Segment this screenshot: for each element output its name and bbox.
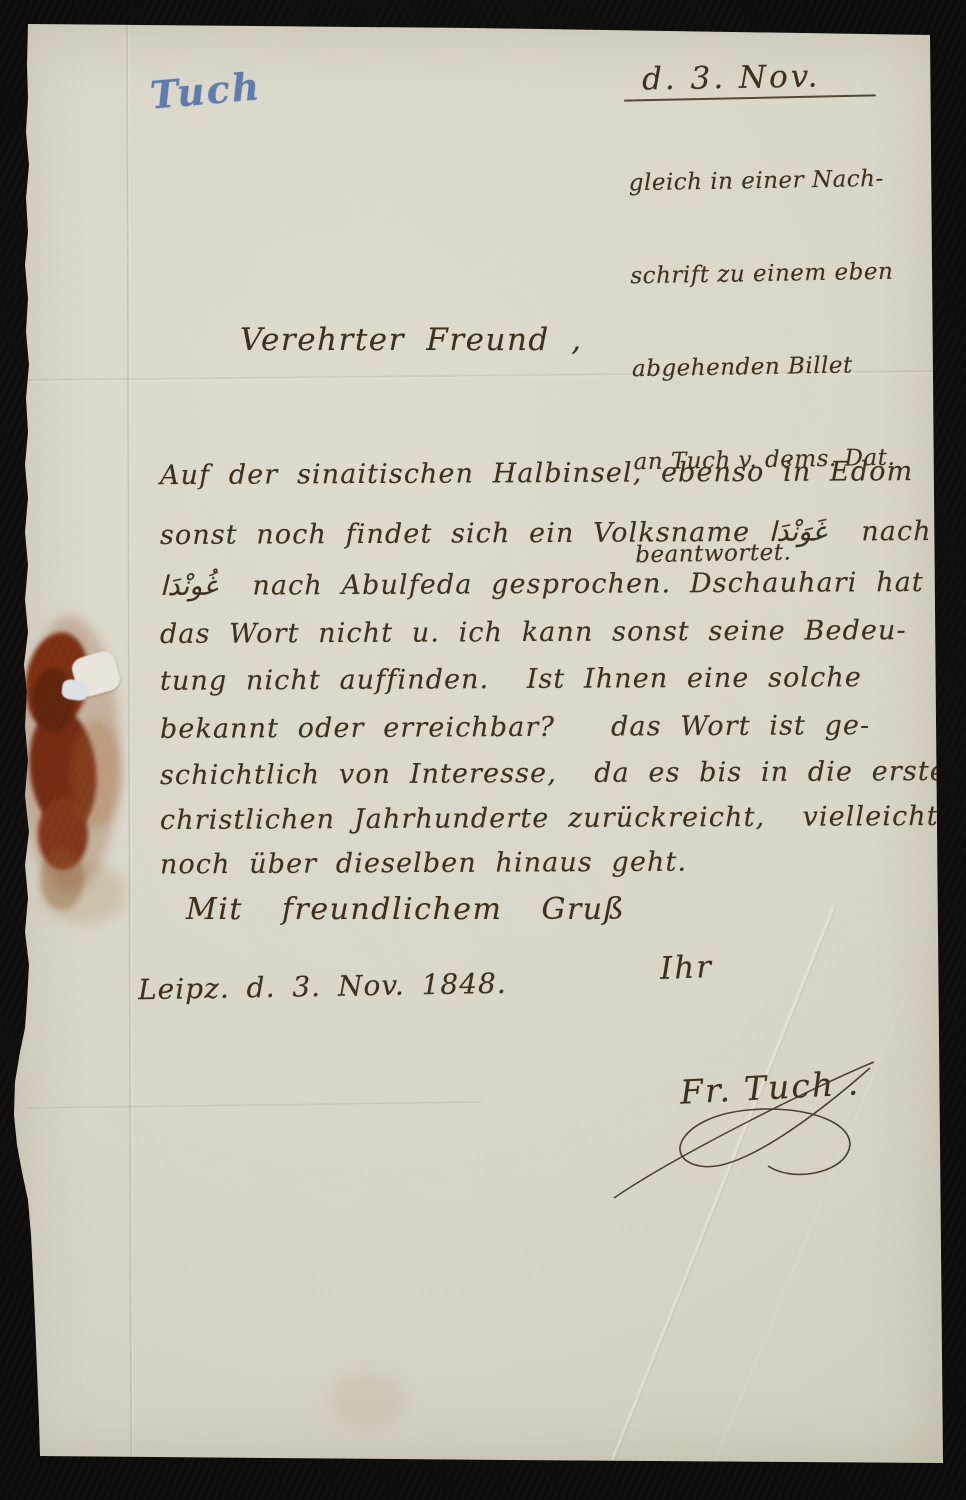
corner-annotation-line: gleich in einer Nach-: [629, 164, 892, 200]
body-line: bekannt oder erreichbar? das Wort ist ge…: [160, 710, 870, 745]
salutation: Verehrter Freund ,: [240, 322, 582, 358]
letter-page: Tuch d. 3. Nov. gleich in einer Nach- sc…: [12, 20, 944, 1468]
body-line: das Wort nicht u. ich kann sonst seine B…: [160, 615, 907, 650]
body-line: sonst noch findet sich ein Volksname غَو…: [160, 516, 932, 551]
body-line: Auf der sinaitischen Halbinsel, ebenso i…: [160, 456, 960, 491]
corner-annotation-line: schrift zu einem eben: [630, 257, 893, 293]
corner-annotation-date: d. 3. Nov.: [642, 58, 821, 97]
foxing-smudge: [330, 1372, 406, 1428]
body-line: christlichen Jahrhunderte zurückreicht, …: [160, 801, 939, 836]
body-line: غُونْدَا nach Abulfeda gesprochen. Dscha…: [160, 567, 924, 602]
place-date-line: Leipz. d. 3. Nov. 1848.: [138, 967, 507, 1006]
corner-annotation: gleich in einer Nach- schrift zu einem e…: [627, 102, 899, 634]
body-line: schichtlich von Interesse, da es bis in …: [160, 756, 965, 791]
foxing-smudge: [42, 862, 126, 924]
blue-pencil-note: Tuch: [148, 63, 263, 118]
photograph-background: Tuch d. 3. Nov. gleich in einer Nach- sc…: [0, 0, 966, 1500]
signature: Fr. Tuch .: [679, 1063, 861, 1111]
body-line: noch über dieselben hinaus geht.: [160, 847, 687, 881]
valediction: Ihr: [659, 949, 713, 987]
corner-annotation-line: abgehenden Billet: [632, 350, 895, 386]
body-line: tung nicht auffinden. Ist Ihnen eine sol…: [160, 662, 862, 697]
closing-line: Mit freundlichem Gruß: [186, 892, 625, 927]
